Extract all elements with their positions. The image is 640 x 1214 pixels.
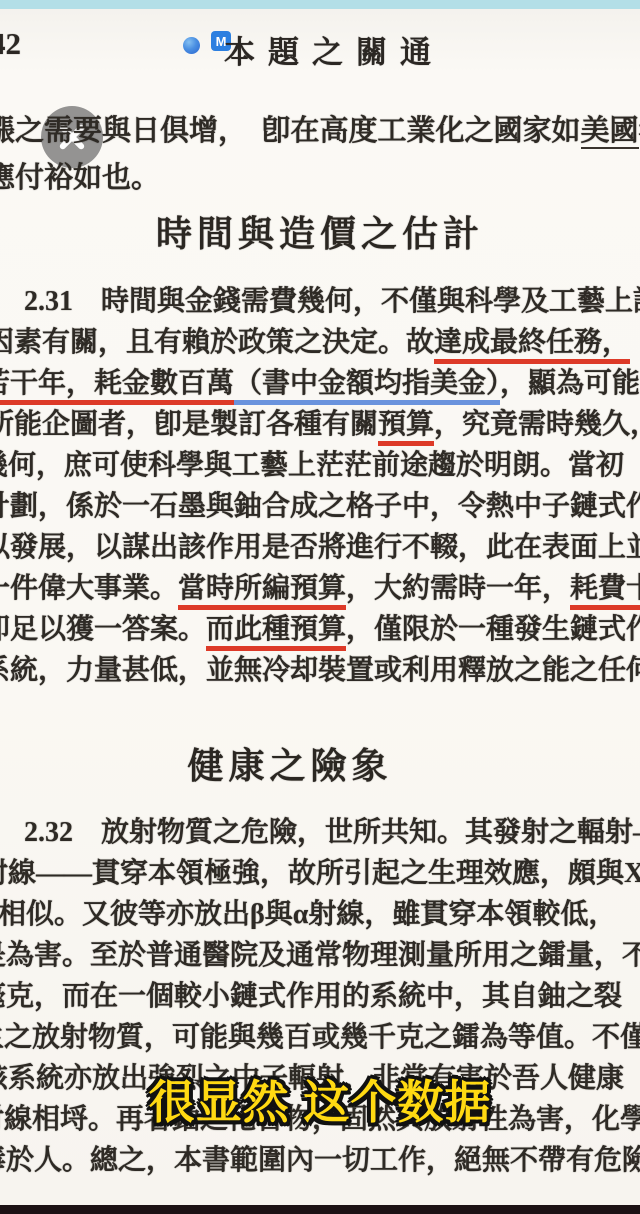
text-segment: 因素有關，且有賴於政策之決定。故: [0, 327, 434, 358]
text-segment: 2.32 放射物質之危險，世所共知。其發射之輻射——: [24, 817, 640, 848]
heading-health-danger: 健康之險象: [10, 738, 570, 789]
text-segment: 應付裕如也。: [0, 162, 160, 194]
text-line: 所能企圖者，卽是製訂各種有關預算，究竟需時幾久，: [0, 404, 640, 445]
text-segment: ，: [0, 696, 4, 727]
blue-circle-app-icon[interactable]: [183, 37, 200, 54]
intro-paragraph: 漲之需要與日俱增， 卽在高度工業化之國家如美國者，應付裕如也。: [0, 108, 640, 202]
text-segment: ，顯為可能。: [500, 368, 640, 399]
underlined-text-red: 而此種預算: [206, 614, 346, 651]
underlined-text-red: 若干年，: [0, 368, 94, 405]
text-line: 生之放射物質，可能與幾百或幾千克之鐳為等值。不僅: [0, 1017, 640, 1058]
underlined-text-red: 當時所編預算: [178, 573, 346, 610]
bottom-letterbox-bar: [0, 1205, 640, 1214]
text-line: 2.31 時間與金錢需費幾何，不僅與科學及工藝上諸: [24, 281, 640, 322]
text-line: 是為害。至於普通醫院及通常物理測量所用之鐳量，不: [0, 935, 640, 976]
text-line: ，: [0, 691, 640, 732]
text-segment: 一件偉大事業。: [0, 573, 178, 604]
text-line: 以發展，以謀出該作用是否將進行不輟，此在表面上並: [0, 527, 640, 568]
text-segment: 幾何，庶可使科學與工藝上茫茫前途趨於明朗。當初: [0, 450, 624, 481]
text-segment: ，大約需時一年，: [346, 573, 570, 604]
text-segment: ，究竟需時幾久，: [434, 409, 640, 440]
text-line: 毒於人。總之，本書範圍內一切工作，絕無不帶有危險: [0, 1140, 640, 1181]
text-segment: 毫克，而在一個較小鏈式作用的系統中，其自鈾之裂: [0, 981, 622, 1012]
underlined-text-black: 美國: [581, 115, 639, 149]
underlined-text-red: 耗金數百萬: [94, 368, 234, 405]
underlined-text-red: 耗費十: [570, 573, 640, 610]
text-segment: 以發展，以謀出該作用是否將進行不輟，此在表面上並: [0, 532, 640, 563]
text-line: 計劃，係於一石墨與鈾合成之格子中，令熱中子鏈式作: [0, 486, 640, 527]
text-line: 因素有關，且有賴於政策之決定。故達成最終任務，: [0, 322, 640, 363]
text-segment: 線相似。又彼等亦放出β與α射線，雖貫穿本領較低，: [0, 899, 616, 930]
text-line: 幾何，庶可使科學與工藝上茫茫前途趨於明朗。當初: [0, 445, 640, 486]
text-segment: 射線——貫穿本領極強，故所引起之生理效應，頗與X: [0, 858, 640, 889]
text-line: 漲之需要與日俱增， 卽在高度工業化之國家如美國者，: [0, 108, 640, 155]
text-line: 射線——貫穿本領極強，故所引起之生理效應，頗與X: [0, 853, 640, 894]
text-line: 應付裕如也。: [0, 155, 640, 202]
text-segment: 所能企圖者，卽是製訂各種有關: [0, 409, 378, 440]
status-bar: [0, 0, 640, 9]
text-segment: ，僅限於一種發生鏈式作: [346, 614, 640, 645]
text-segment: 毒於人。總之，本書範圍內一切工作，絕無不帶有危險: [0, 1145, 640, 1176]
screenshot-root: 42 M 本題之關通 漲之需要與日俱增， 卽在高度工業化之國家如美國者，應付裕如…: [0, 0, 640, 1214]
text-line: 2.32 放射物質之危險，世所共知。其發射之輻射——: [24, 812, 640, 853]
underlined-text-red: 預算: [378, 409, 434, 446]
text-segment: 漲之需要與日俱增， 卽在高度工業化之國家如: [0, 115, 581, 147]
underlined-text-blue: （書中金額均指美金）: [234, 368, 500, 405]
text-line: 若干年，耗金數百萬（書中金額均指美金），顯為可能。: [0, 363, 640, 404]
page-number: 42: [0, 26, 21, 62]
text-segment: 生之放射物質，可能與幾百或幾千克之鐳為等值。不僅: [0, 1022, 640, 1053]
text-segment: 計劃，係於一石墨與鈾合成之格子中，令熱中子鏈式作: [0, 491, 640, 522]
text-segment: 是為害。至於普通醫院及通常物理測量所用之鐳量，不: [0, 940, 640, 971]
text-line: 毫克，而在一個較小鏈式作用的系統中，其自鈾之裂: [0, 976, 640, 1017]
text-line: 系統，力量甚低，並無冷却裝置或利用釋放之能之任何: [0, 650, 640, 691]
video-subtitle: 很显然 这个数据: [0, 1066, 640, 1132]
heading-time-cost: 時間與造價之估計: [10, 206, 630, 257]
text-segment: 系統，力量甚低，並無冷却裝置或利用釋放之能之任何: [0, 655, 640, 686]
text-segment: 2.31 時間與金錢需費幾何，不僅與科學及工藝上諸: [24, 286, 640, 317]
underlined-text-red: 達成最終任務，: [434, 327, 630, 364]
text-line: 一件偉大事業。當時所編預算，大約需時一年，耗費十: [0, 568, 640, 609]
text-line: 線相似。又彼等亦放出β與α射線，雖貫穿本領較低，: [0, 894, 640, 935]
running-header-title: 本題之關通: [224, 27, 444, 72]
paragraph-2-31: 2.31 時間與金錢需費幾何，不僅與科學及工藝上諸因素有關，且有賴於政策之決定。…: [0, 281, 640, 732]
text-line: 卽足以獲一答案。而此種預算，僅限於一種發生鏈式作: [0, 609, 640, 650]
text-segment: 卽足以獲一答案。: [0, 614, 206, 645]
